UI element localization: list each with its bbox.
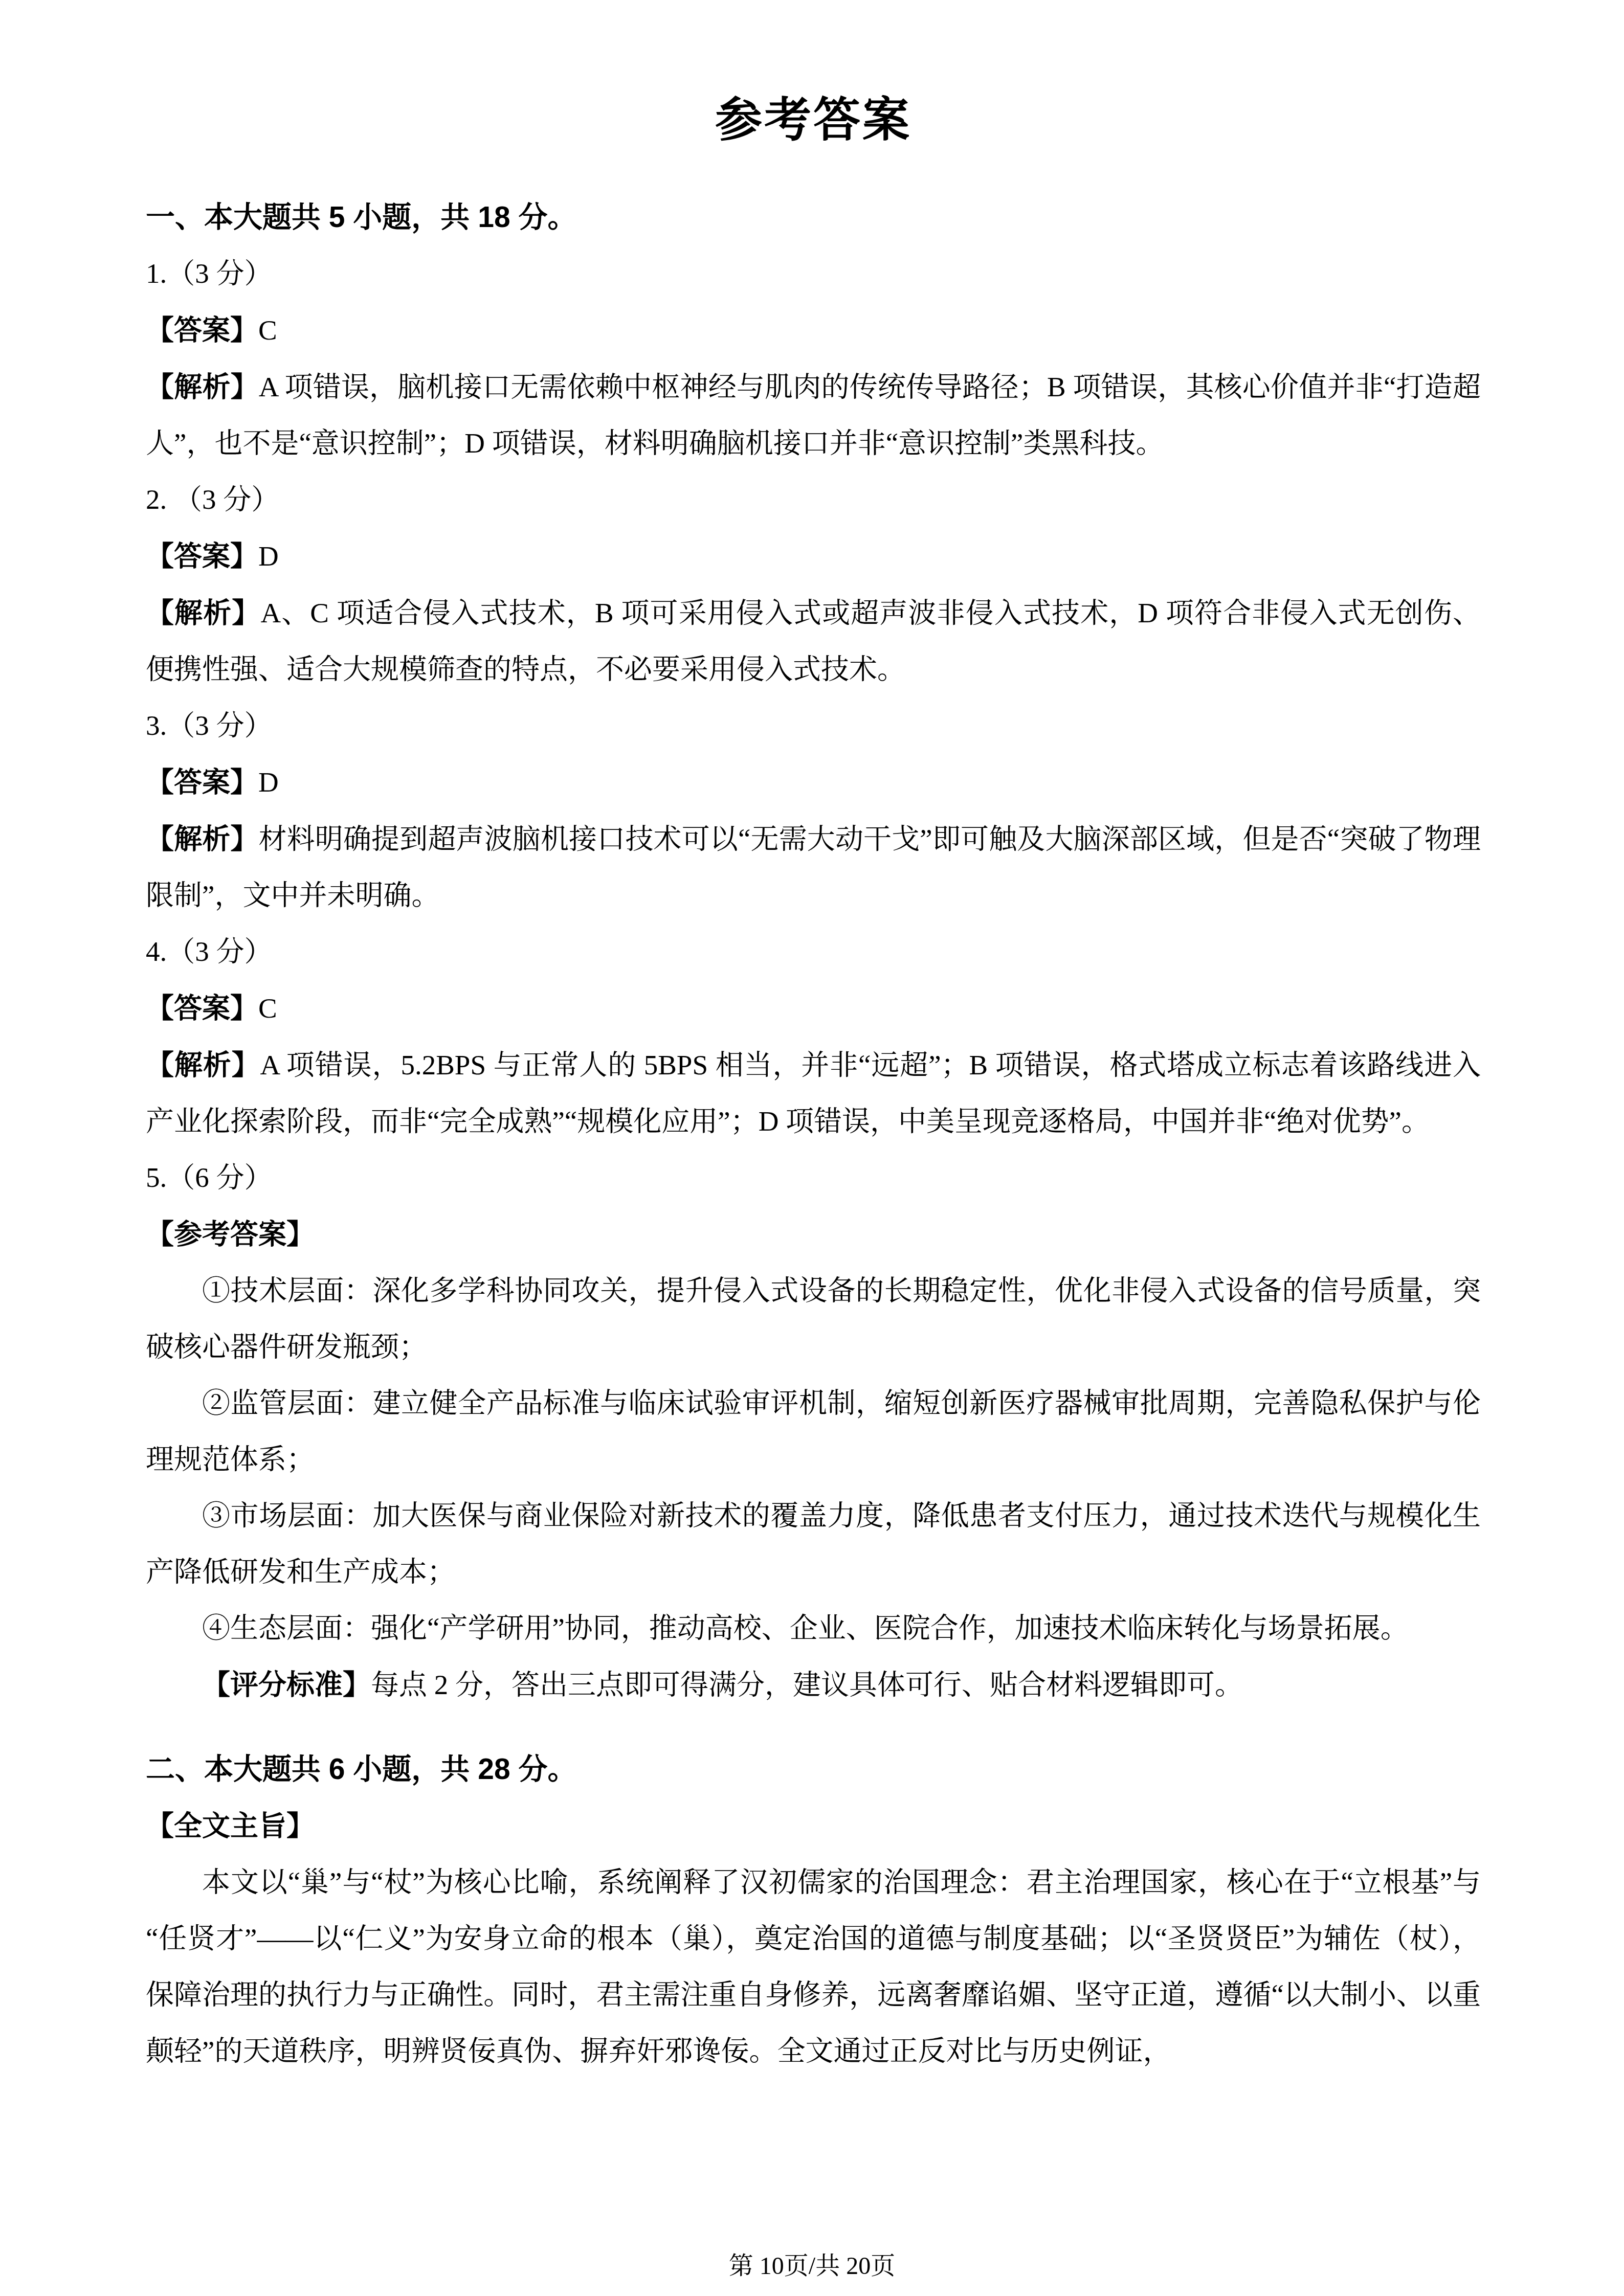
q2-answer-line: 【答案】D [146, 528, 1481, 584]
q1-answer-value: C [258, 314, 277, 346]
q1-analysis-line: 【解析】A 项错误，脑机接口无需依赖中枢神经与肌肉的传统传导路径；B 项错误，其… [146, 358, 1481, 471]
section2-summary-text: 本文以“巢”与“杖”为核心比喻，系统阐释了汉初儒家的治国理念：君主治理国家，核心… [146, 1854, 1481, 2079]
q1-analysis-text: A 项错误，脑机接口无需依赖中枢神经与肌肉的传统传导路径；B 项错误，其核心价值… [146, 371, 1481, 459]
q2-number-line: 2. （3 分） [146, 471, 1481, 528]
section2-summary-label: 【全文主旨】 [146, 1810, 315, 1841]
q4-analysis-text: A 项错误，5.2BPS 与正常人的 5BPS 相当，并非“远超”；B 项错误，… [146, 1049, 1481, 1137]
page-footer: 第 10页/共 20页 [0, 2251, 1624, 2282]
q2-analysis-label: 【解析】 [146, 597, 260, 628]
q4-analysis-label: 【解析】 [146, 1049, 260, 1081]
section1-heading: 一、本大题共 5 小题，共 18 分。 [146, 189, 1481, 245]
q3-number-line: 3.（3 分） [146, 697, 1481, 754]
q5-scoring-label: 【评分标准】 [202, 1669, 371, 1700]
section2-summary-header: 【全文主旨】 [146, 1797, 1481, 1854]
q2-answer-label: 【答案】 [146, 540, 258, 572]
q2-answer-value: D [258, 541, 279, 572]
q3-analysis-label: 【解析】 [146, 823, 259, 854]
q1-number-line: 1.（3 分） [146, 245, 1481, 302]
q3-analysis-text: 材料明确提到超声波脑机接口技术可以“无需大动干戈”即可触及大脑深部区域，但是否“… [146, 823, 1481, 911]
q5-scoring-line: 【评分标准】每点 2 分，答出三点即可得满分，建议具体可行、贴合材料逻辑即可。 [146, 1656, 1481, 1713]
q5-reference-answer-label: 【参考答案】 [146, 1218, 315, 1250]
q1-analysis-label: 【解析】 [146, 371, 259, 402]
q4-number-line: 4.（3 分） [146, 924, 1481, 980]
q4-analysis-line: 【解析】A 项错误，5.2BPS 与正常人的 5BPS 相当，并非“远超”；B … [146, 1037, 1481, 1150]
q5-point-1: ①技术层面：深化多学科协同攻关，提升侵入式设备的长期稳定性，优化非侵入式设备的信… [146, 1263, 1481, 1375]
q4-answer-line: 【答案】C [146, 980, 1481, 1037]
section-spacer [146, 1713, 1481, 1741]
q5-point-3: ③市场层面：加大医保与商业保险对新技术的覆盖力度，降低患者支付压力，通过技术迭代… [146, 1488, 1481, 1600]
section2-heading: 二、本大题共 6 小题，共 28 分。 [146, 1741, 1481, 1797]
q5-scoring-text: 每点 2 分，答出三点即可得满分，建议具体可行、贴合材料逻辑即可。 [371, 1669, 1243, 1700]
q5-number-line: 5.（6 分） [146, 1150, 1481, 1206]
page-title: 参考答案 [146, 79, 1481, 161]
q3-answer-label: 【答案】 [146, 766, 258, 798]
q2-analysis-line: 【解析】A、C 项适合侵入式技术，B 项可采用侵入式或超声波非侵入式技术，D 项… [146, 584, 1481, 697]
q3-answer-value: D [258, 767, 279, 798]
q5-reference-answer-header: 【参考答案】 [146, 1206, 1481, 1263]
q5-point-2: ②监管层面：建立健全产品标准与临床试验审评机制，缩短创新医疗器械审批周期，完善隐… [146, 1375, 1481, 1488]
q2-analysis-text: A、C 项适合侵入式技术，B 项可采用侵入式或超声波非侵入式技术，D 项符合非侵… [146, 597, 1481, 685]
q1-answer-line: 【答案】C [146, 302, 1481, 358]
q4-answer-label: 【答案】 [146, 992, 258, 1024]
q1-answer-label: 【答案】 [146, 314, 258, 346]
q4-answer-value: C [258, 993, 277, 1024]
answer-key-page: 参考答案 一、本大题共 5 小题，共 18 分。 1.（3 分） 【答案】C 【… [0, 0, 1624, 2296]
q3-analysis-line: 【解析】材料明确提到超声波脑机接口技术可以“无需大动干戈”即可触及大脑深部区域，… [146, 811, 1481, 924]
q3-answer-line: 【答案】D [146, 754, 1481, 811]
q5-point-4: ④生态层面：强化“产学研用”协同，推动高校、企业、医院合作，加速技术临床转化与场… [146, 1600, 1481, 1656]
